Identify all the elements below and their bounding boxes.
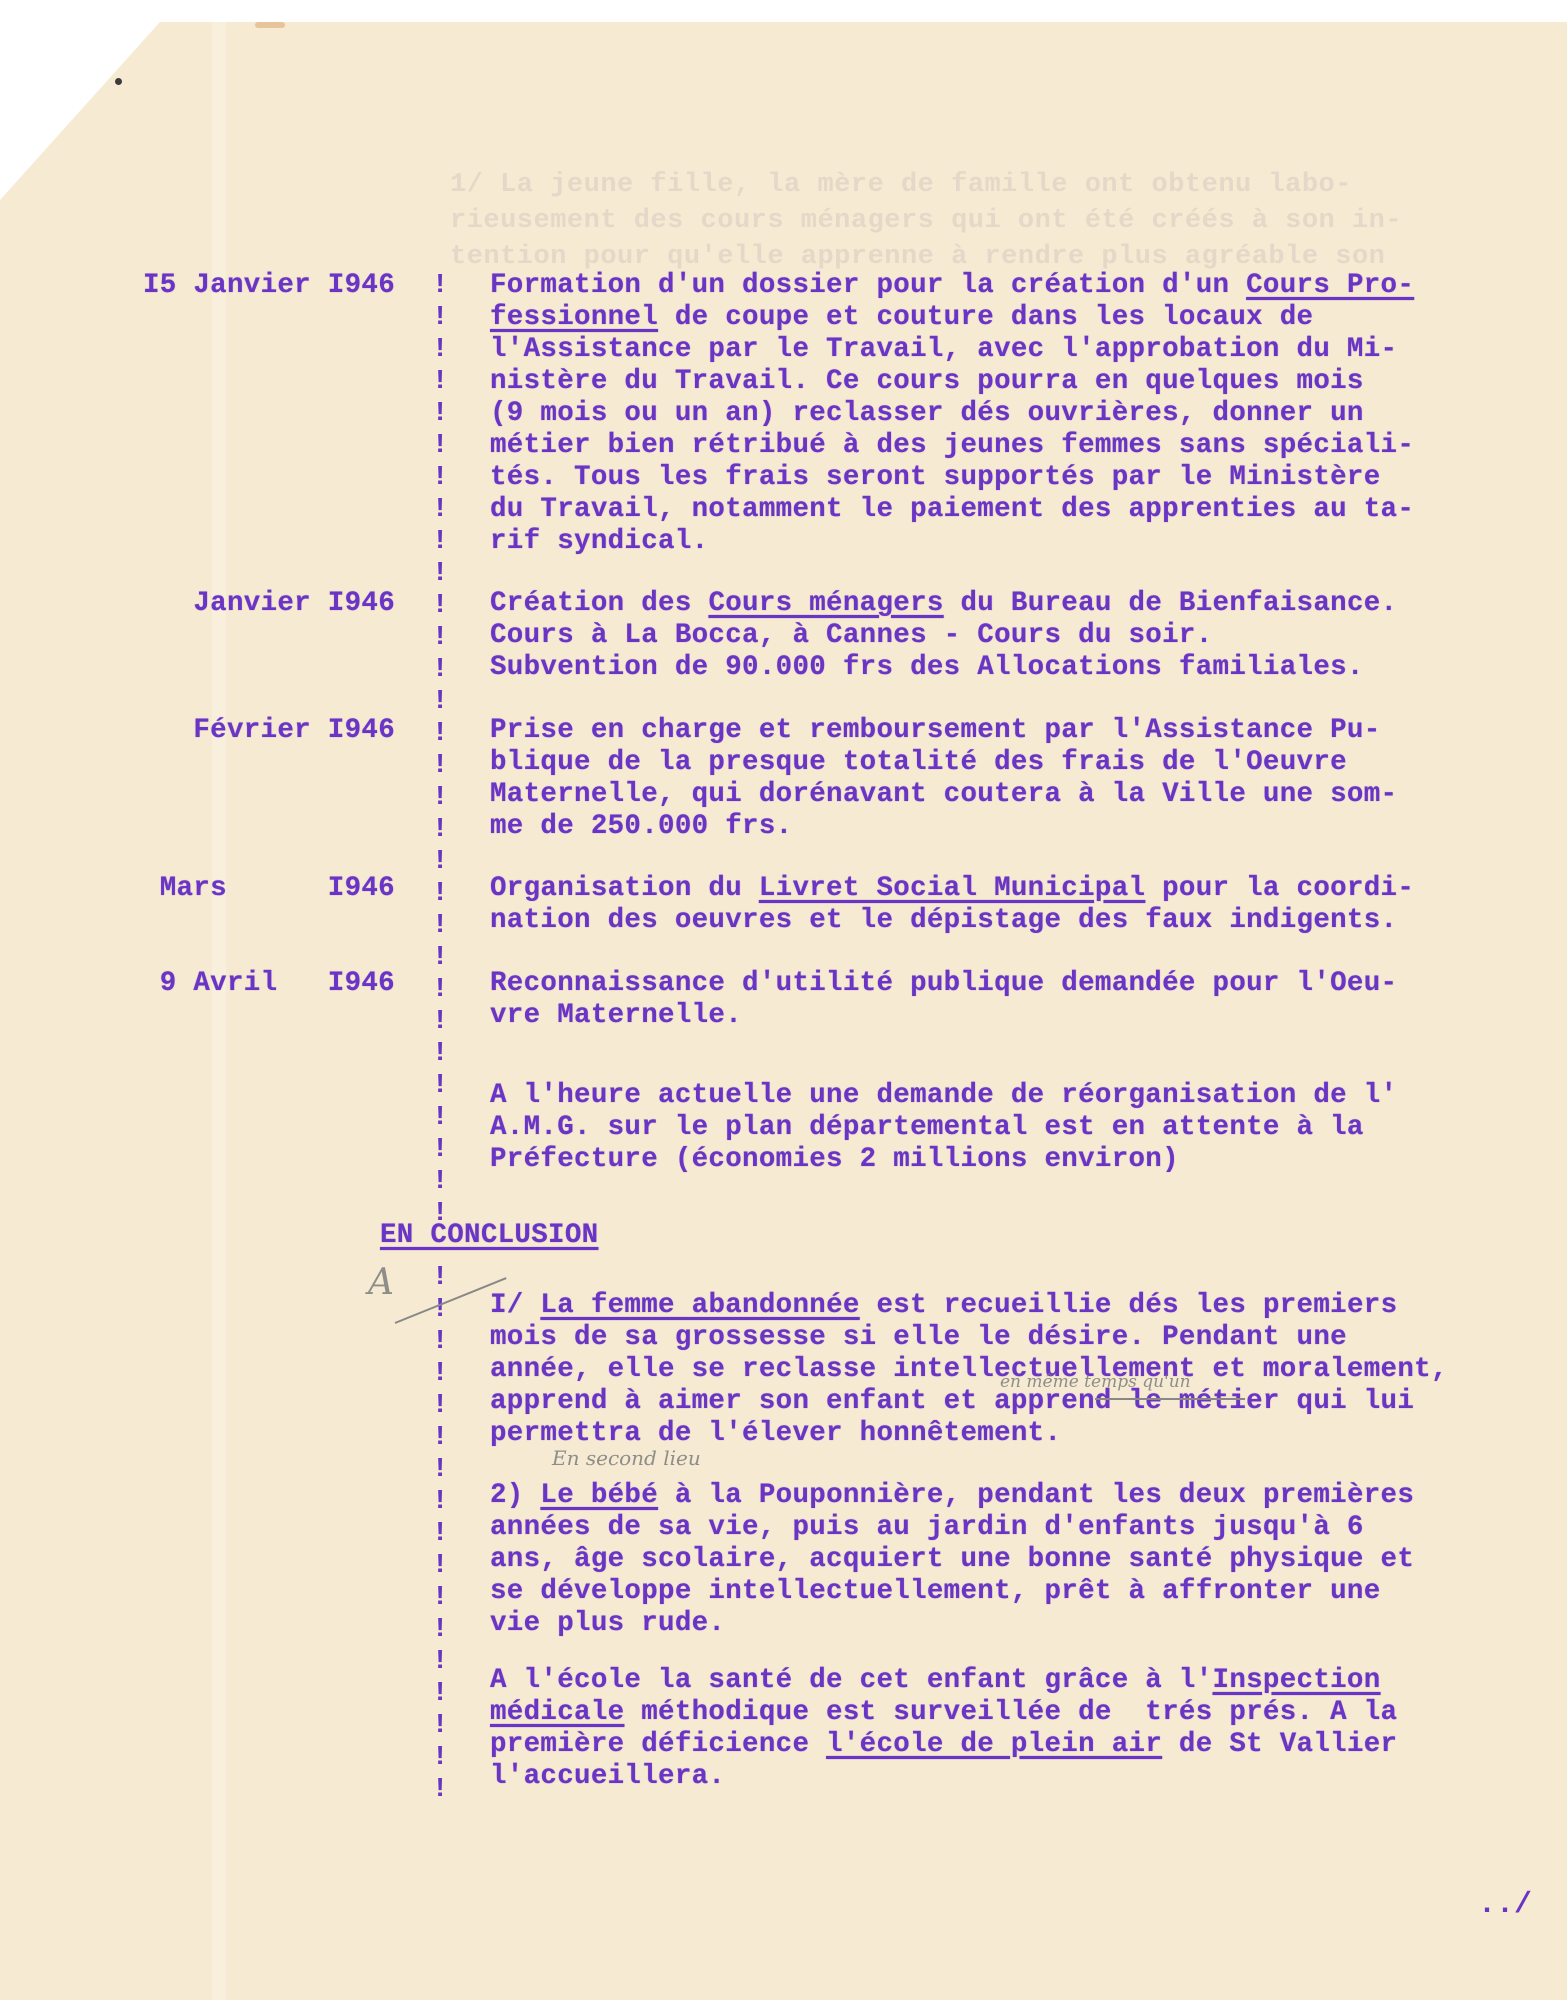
text-line: ans, âge scolaire, acquiert une bonne sa… (490, 1544, 1414, 1576)
separator-mark: ! (432, 1646, 446, 1678)
text-run: pour la coordi- (1145, 873, 1414, 904)
text-run: ans, âge scolaire, acquiert une bonne sa… (490, 1544, 1414, 1575)
text-run: rif syndical. (490, 526, 708, 557)
text-run: métier bien rétribué à des jeunes femmes… (490, 430, 1414, 461)
text-line: Organisation du Livret Social Municipal … (490, 873, 1414, 905)
text-run: Subvention de 90.000 frs des Allocations… (490, 652, 1364, 683)
text-line: A l'heure actuelle une demande de réorga… (490, 1080, 1397, 1112)
entry-body: Organisation du Livret Social Municipal … (490, 873, 1414, 937)
separator-mark: ! (432, 1294, 446, 1326)
text-line: Préfecture (économies 2 millions environ… (490, 1144, 1397, 1176)
text-run: (9 mois ou un an) reclasser dés ouvrière… (490, 398, 1364, 429)
text-run: Organisation du (490, 873, 759, 904)
text-run: me de 250.000 frs. (490, 811, 792, 842)
separator-mark: ! (432, 974, 446, 1006)
conclusion-paragraph: 2) Le bébé à la Pouponnière, pendant les… (490, 1480, 1414, 1640)
underlined-text: Cours ménagers (708, 588, 943, 619)
text-run: apprend à aimer son enfant et apprend le… (490, 1386, 1414, 1417)
text-line: l'Assistance par le Travail, avec l'appr… (490, 334, 1414, 366)
page-continuation-mark: ../ (1478, 1888, 1532, 1922)
text-run: Prise en charge et remboursement par l'A… (490, 715, 1381, 746)
text-run: année, elle se reclasse intellectuelleme… (490, 1354, 1448, 1385)
separator-mark: ! (432, 1422, 446, 1454)
entry-date: Janvier I946 (95, 588, 395, 620)
text-run: l'Assistance par le Travail, avec l'appr… (490, 334, 1397, 365)
separator-mark: ! (432, 942, 446, 974)
text-run: tés. Tous les frais seront supportés par… (490, 462, 1381, 493)
text-run: Préfecture (économies 2 millions environ… (490, 1144, 1179, 1175)
text-run: première déficience (490, 1729, 826, 1760)
text-run: Création des (490, 588, 708, 619)
pencil-margin-letter: A (368, 1262, 394, 1303)
text-run: Maternelle, qui dorénavant coutera à la … (490, 779, 1397, 810)
separator-mark: ! (432, 1390, 446, 1422)
conclusion-paragraph: I/ La femme abandonnée est recueillie dé… (490, 1290, 1448, 1450)
pencil-annotation-second: En second lieu (552, 1446, 701, 1470)
bleed-through-line: 1/ La jeune fille, la mère de famille on… (450, 170, 1352, 200)
text-line: Prise en charge et remboursement par l'A… (490, 715, 1397, 747)
text-run: de St Vallier (1162, 1729, 1397, 1760)
separator-mark: ! (432, 750, 446, 782)
separator-mark: ! (432, 1326, 446, 1358)
separator-mark: ! (432, 462, 446, 494)
separator-mark: ! (432, 1742, 446, 1774)
underlined-text: médicale (490, 1697, 624, 1728)
text-run: Cours à La Bocca, à Cannes - Cours du so… (490, 620, 1213, 651)
text-line: tés. Tous les frais seront supportés par… (490, 462, 1414, 494)
text-line: I/ La femme abandonnée est recueillie dé… (490, 1290, 1448, 1322)
separator-mark: ! (432, 846, 446, 878)
separator-mark: ! (432, 1486, 446, 1518)
entry-body: Formation d'un dossier pour la création … (490, 270, 1414, 558)
entry-body: Création des Cours ménagers du Bureau de… (490, 588, 1397, 684)
pencil-strikethrough (1095, 1398, 1245, 1400)
text-line: 2) Le bébé à la Pouponnière, pendant les… (490, 1480, 1414, 1512)
separator-mark: ! (432, 686, 446, 718)
text-run: années de sa vie, puis au jardin d'enfan… (490, 1512, 1364, 1543)
entry-body: A l'heure actuelle une demande de réorga… (490, 1080, 1397, 1176)
separator-mark: ! (432, 302, 446, 334)
pencil-annotation-inline: en même temps qu'un (1000, 1372, 1191, 1392)
conclusion-paragraph: A l'école la santé de cet enfant grâce à… (490, 1665, 1397, 1793)
paper-speck (115, 78, 122, 85)
separator-mark: ! (432, 1710, 446, 1742)
text-line: apprend à aimer son enfant et apprend le… (490, 1386, 1448, 1418)
separator-mark: ! (432, 270, 446, 302)
text-run: du Travail, notamment le paiement des ap… (490, 494, 1414, 525)
text-line: Cours à La Bocca, à Cannes - Cours du so… (490, 620, 1397, 652)
text-run: méthodique est surveillée de trés prés. … (624, 1697, 1397, 1728)
separator-mark: ! (432, 558, 446, 590)
separator-mark: ! (432, 590, 446, 622)
text-line: A.M.G. sur le plan départemental est en … (490, 1112, 1397, 1144)
text-run: A l'heure actuelle une demande de réorga… (490, 1080, 1397, 1111)
text-line: vie plus rude. (490, 1608, 1414, 1640)
underlined-text: La femme abandonnée (540, 1290, 859, 1321)
separator-mark: ! (432, 782, 446, 814)
separator-mark: ! (432, 1358, 446, 1390)
separator-mark: ! (432, 526, 446, 558)
separator-mark: ! (432, 494, 446, 526)
text-line: du Travail, notamment le paiement des ap… (490, 494, 1414, 526)
text-run: 2) (490, 1480, 540, 1511)
text-run: se développe intellectuellement, prêt à … (490, 1576, 1381, 1607)
underlined-text: Inspection (1213, 1665, 1381, 1696)
text-line: mois de sa grossesse si elle le désire. … (490, 1322, 1448, 1354)
text-run: du Bureau de Bienfaisance. (944, 588, 1398, 619)
paper-sheet: 1/ La jeune fille, la mère de famille on… (0, 0, 1567, 2000)
separator-mark: ! (432, 1262, 446, 1294)
text-line: médicale méthodique est surveillée de tr… (490, 1697, 1397, 1729)
text-run: I/ (490, 1290, 540, 1321)
conclusion-heading: EN CONCLUSION (380, 1220, 598, 1252)
text-run: blique de la presque totalité des frais … (490, 747, 1347, 778)
separator-mark: ! (432, 1006, 446, 1038)
text-run: nistère du Travail. Ce cours pourra en q… (490, 366, 1364, 397)
separator-mark: ! (432, 1166, 446, 1198)
entry-body: Prise en charge et remboursement par l'A… (490, 715, 1397, 843)
text-line: années de sa vie, puis au jardin d'enfan… (490, 1512, 1414, 1544)
text-run: de coupe et couture dans les locaux de (658, 302, 1313, 333)
separator-mark: ! (432, 430, 446, 462)
text-run: permettra de l'élever honnêtement. (490, 1418, 1061, 1449)
underlined-text: Livret Social Municipal (759, 873, 1145, 904)
text-run: Reconnaissance d'utilité publique demand… (490, 968, 1397, 999)
text-line: Subvention de 90.000 frs des Allocations… (490, 652, 1397, 684)
separator-mark: ! (432, 366, 446, 398)
text-line: Création des Cours ménagers du Bureau de… (490, 588, 1397, 620)
text-line: se développe intellectuellement, prêt à … (490, 1576, 1414, 1608)
text-line: nation des oeuvres et le dépistage des f… (490, 905, 1414, 937)
underlined-text: Cours Pro- (1246, 270, 1414, 301)
separator-mark: ! (432, 1774, 446, 1806)
separator-mark: ! (432, 334, 446, 366)
separator-mark: ! (432, 1678, 446, 1710)
text-run: Formation d'un dossier pour la création … (490, 270, 1246, 301)
text-run: mois de sa grossesse si elle le désire. … (490, 1322, 1347, 1353)
underlined-text: fessionnel (490, 302, 658, 333)
separator-mark: ! (432, 718, 446, 750)
separator-mark: ! (432, 1614, 446, 1646)
separator-mark: ! (432, 910, 446, 942)
text-run: vie plus rude. (490, 1608, 725, 1639)
separator-mark: ! (432, 654, 446, 686)
text-line: année, elle se reclasse intellectuelleme… (490, 1354, 1448, 1386)
bleed-through-line: tention pour qu'elle apprenne à rendre p… (450, 242, 1385, 272)
separator-mark: ! (432, 1102, 446, 1134)
text-line: métier bien rétribué à des jeunes femmes… (490, 430, 1414, 462)
separator-mark: ! (432, 1518, 446, 1550)
text-line: blique de la presque totalité des frais … (490, 747, 1397, 779)
text-run: A.M.G. sur le plan départemental est en … (490, 1112, 1364, 1143)
text-run: nation des oeuvres et le dépistage des f… (490, 905, 1397, 936)
entry-body: Reconnaissance d'utilité publique demand… (490, 968, 1397, 1032)
text-line: A l'école la santé de cet enfant grâce à… (490, 1665, 1397, 1697)
text-line: première déficience l'école de plein air… (490, 1729, 1397, 1761)
text-line: l'accueillera. (490, 1761, 1397, 1793)
separator-mark: ! (432, 1454, 446, 1486)
entry-date: Mars I946 (95, 873, 395, 905)
text-line: fessionnel de coupe et couture dans les … (490, 302, 1414, 334)
text-line: (9 mois ou un an) reclasser dés ouvrière… (490, 398, 1414, 430)
underlined-text: Le bébé (540, 1480, 658, 1511)
text-run: à la Pouponnière, pendant les deux premi… (658, 1480, 1414, 1511)
separator-mark: ! (432, 622, 446, 654)
text-line: Reconnaissance d'utilité publique demand… (490, 968, 1397, 1000)
text-line: Formation d'un dossier pour la création … (490, 270, 1414, 302)
entry-date: Février I946 (95, 715, 395, 747)
separator-mark: ! (432, 1038, 446, 1070)
separator-mark: ! (432, 1070, 446, 1102)
text-line: me de 250.000 frs. (490, 811, 1397, 843)
separator-mark: ! (432, 878, 446, 910)
bleed-through-line: rieusement des cours ménagers qui ont ét… (450, 206, 1402, 236)
separator-mark: ! (432, 814, 446, 846)
entry-date: 9 Avril I946 (95, 968, 395, 1000)
paper-stain (255, 22, 285, 28)
text-run: vre Maternelle. (490, 1000, 742, 1031)
text-run: A l'école la santé de cet enfant grâce à… (490, 1665, 1213, 1696)
separator-mark: ! (432, 1550, 446, 1582)
text-line: nistère du Travail. Ce cours pourra en q… (490, 366, 1414, 398)
text-line: rif syndical. (490, 526, 1414, 558)
separator-mark: ! (432, 1134, 446, 1166)
entry-date: I5 Janvier I946 (95, 270, 395, 302)
separator-mark: ! (432, 398, 446, 430)
text-line: Maternelle, qui dorénavant coutera à la … (490, 779, 1397, 811)
underlined-text: l'école de plein air (826, 1729, 1162, 1760)
text-run: l'accueillera. (490, 1761, 725, 1792)
separator-mark: ! (432, 1582, 446, 1614)
text-line: vre Maternelle. (490, 1000, 1397, 1032)
text-run: est recueillie dés les premiers (860, 1290, 1398, 1321)
